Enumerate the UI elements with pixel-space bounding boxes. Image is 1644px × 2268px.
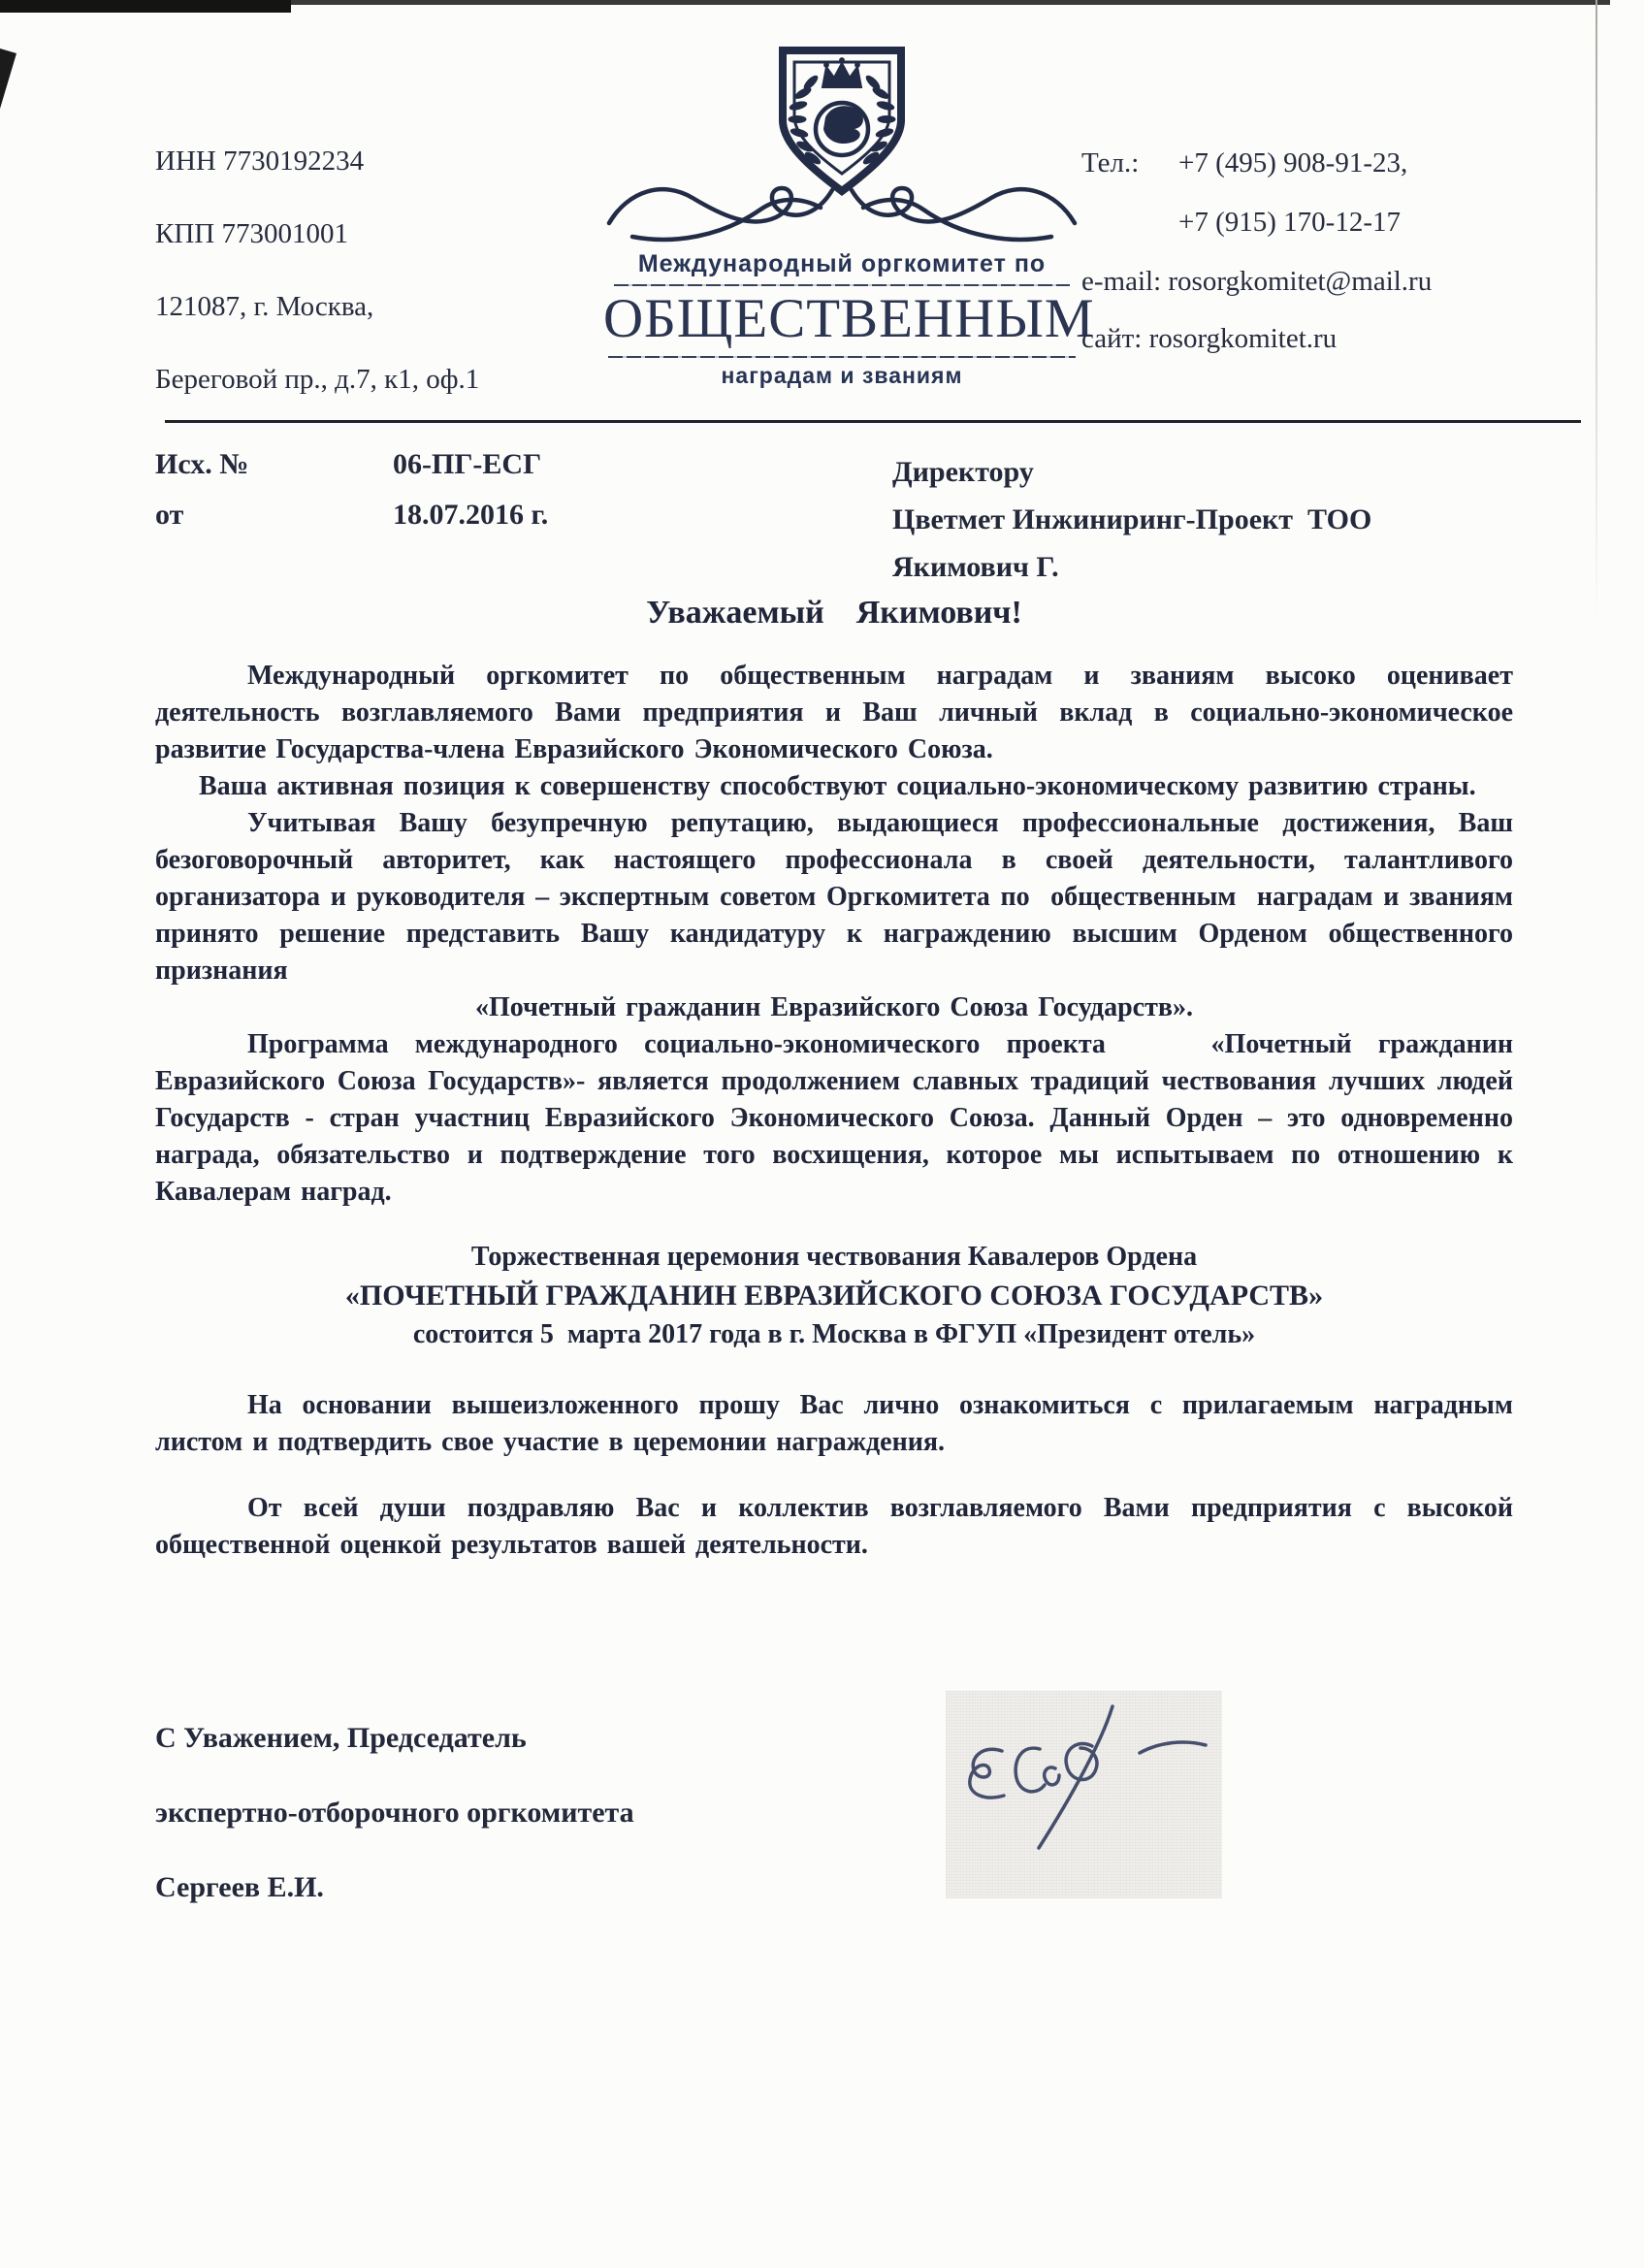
address-line-1: 121087, г. Москва, <box>155 291 479 324</box>
company-requisites: ИНН 7730192234 КПП 773001001 121087, г. … <box>155 146 479 437</box>
logo-line-bottom: наградам и званиям <box>603 363 1080 389</box>
paragraph-5: На основании вышеизложенного прошу Вас л… <box>155 1387 1513 1461</box>
shield-crown-globe-laurel-emblem-icon <box>603 43 1080 248</box>
outgoing-number-label: Исх. № <box>155 448 393 481</box>
salutation: Уважаемый Якимович! <box>155 594 1513 632</box>
signature-person-name: Сергеев Е.И. <box>155 1871 634 1904</box>
order-name-line: «Почетный гражданин Евразийского Союза Г… <box>155 989 1513 1026</box>
email-line: e-mail: rosorgkomitet@mail.ru <box>1081 266 1537 298</box>
phone-number-1: +7 (495) 908-91-23, <box>1178 147 1407 179</box>
logo-divider-top <box>614 284 1070 286</box>
outgoing-number-value: 06-ПГ-ЕСГ <box>393 448 541 481</box>
signature-block: С Уважением, Председатель экспертно-отбо… <box>155 1722 634 1946</box>
paragraph-3: Учитывая Вашу безупречную репутацию, выд… <box>155 805 1513 989</box>
handwritten-signature <box>946 1691 1222 1898</box>
inn-line: ИНН 7730192234 <box>155 146 479 178</box>
phone-number-2: +7 (915) 170-12-17 <box>1178 207 1401 239</box>
paragraph-1: Международный оргкомитет по общественным… <box>155 658 1513 768</box>
contacts-block: Тел.: +7 (495) 908-91-23, +7 (915) 170-1… <box>1081 147 1537 382</box>
outgoing-date-value: 18.07.2016 г. <box>393 499 548 532</box>
ceremony-line-2: «ПОЧЕТНЫЙ ГРАЖДАНИН ЕВРАЗИЙСКОГО СОЮЗА Г… <box>155 1277 1513 1315</box>
letter-body: Уважаемый Якимович! Международный оргком… <box>155 594 1513 1564</box>
scan-artifact-top-bar <box>0 0 291 13</box>
header-divider-rule <box>165 420 1581 423</box>
calligraphic-flourish-right <box>852 188 1075 240</box>
kpp-line: КПП 773001001 <box>155 218 479 251</box>
ceremony-announcement: Торжественная церемония чествования Кава… <box>155 1238 1513 1354</box>
signature-role-line-1: С Уважением, Председатель <box>155 1722 634 1755</box>
ceremony-line-3: состоится 5 марта 2017 года в г. Москва … <box>155 1315 1513 1354</box>
handwritten-signature-scrawl-icon <box>946 1691 1222 1898</box>
committee-logo: Международный оргкомитет по ОБЩЕСТВЕННЫМ… <box>603 43 1080 389</box>
addressee-title: Директору <box>892 448 1371 496</box>
scanned-letter-page: ИНН 7730192234 КПП 773001001 121087, г. … <box>0 0 1644 2268</box>
addressee-company: Цветмет Инжиниринг-Проект ТОО <box>892 496 1371 543</box>
paragraph-6: От всей души поздравляю Вас и коллектив … <box>155 1490 1513 1564</box>
logo-line-top: Международный оргкомитет по <box>603 250 1080 278</box>
outgoing-date-label: от <box>155 499 393 532</box>
paragraph-2: Ваша активная позиция к совершенству спо… <box>155 768 1513 805</box>
calligraphic-flourish-left <box>609 188 832 240</box>
addressee-block: Директору Цветмет Инжиниринг-Проект ТОО … <box>892 448 1371 591</box>
signature-role-line-2: экспертно-отборочного оргкомитета <box>155 1797 634 1830</box>
paper-edge-shadow <box>1596 0 1597 621</box>
website-line: сайт: rosorgkomitet.ru <box>1081 323 1537 355</box>
logo-divider-bottom <box>608 356 1076 358</box>
logo-line-main: ОБЩЕСТВЕННЫМ <box>603 290 1080 348</box>
outgoing-reference: Исх. № 06-ПГ-ЕСГ от 18.07.2016 г. <box>155 448 548 549</box>
addressee-person: Якимович Г. <box>892 543 1371 591</box>
ceremony-line-1: Торжественная церемония чествования Кава… <box>155 1238 1513 1277</box>
scan-artifact-left-wedge <box>0 49 16 109</box>
address-line-2: Береговой пр., д.7, к1, оф.1 <box>155 364 479 397</box>
paragraph-4: Программа международного социально-эконо… <box>155 1026 1513 1211</box>
phone-label: Тел.: <box>1081 147 1178 179</box>
